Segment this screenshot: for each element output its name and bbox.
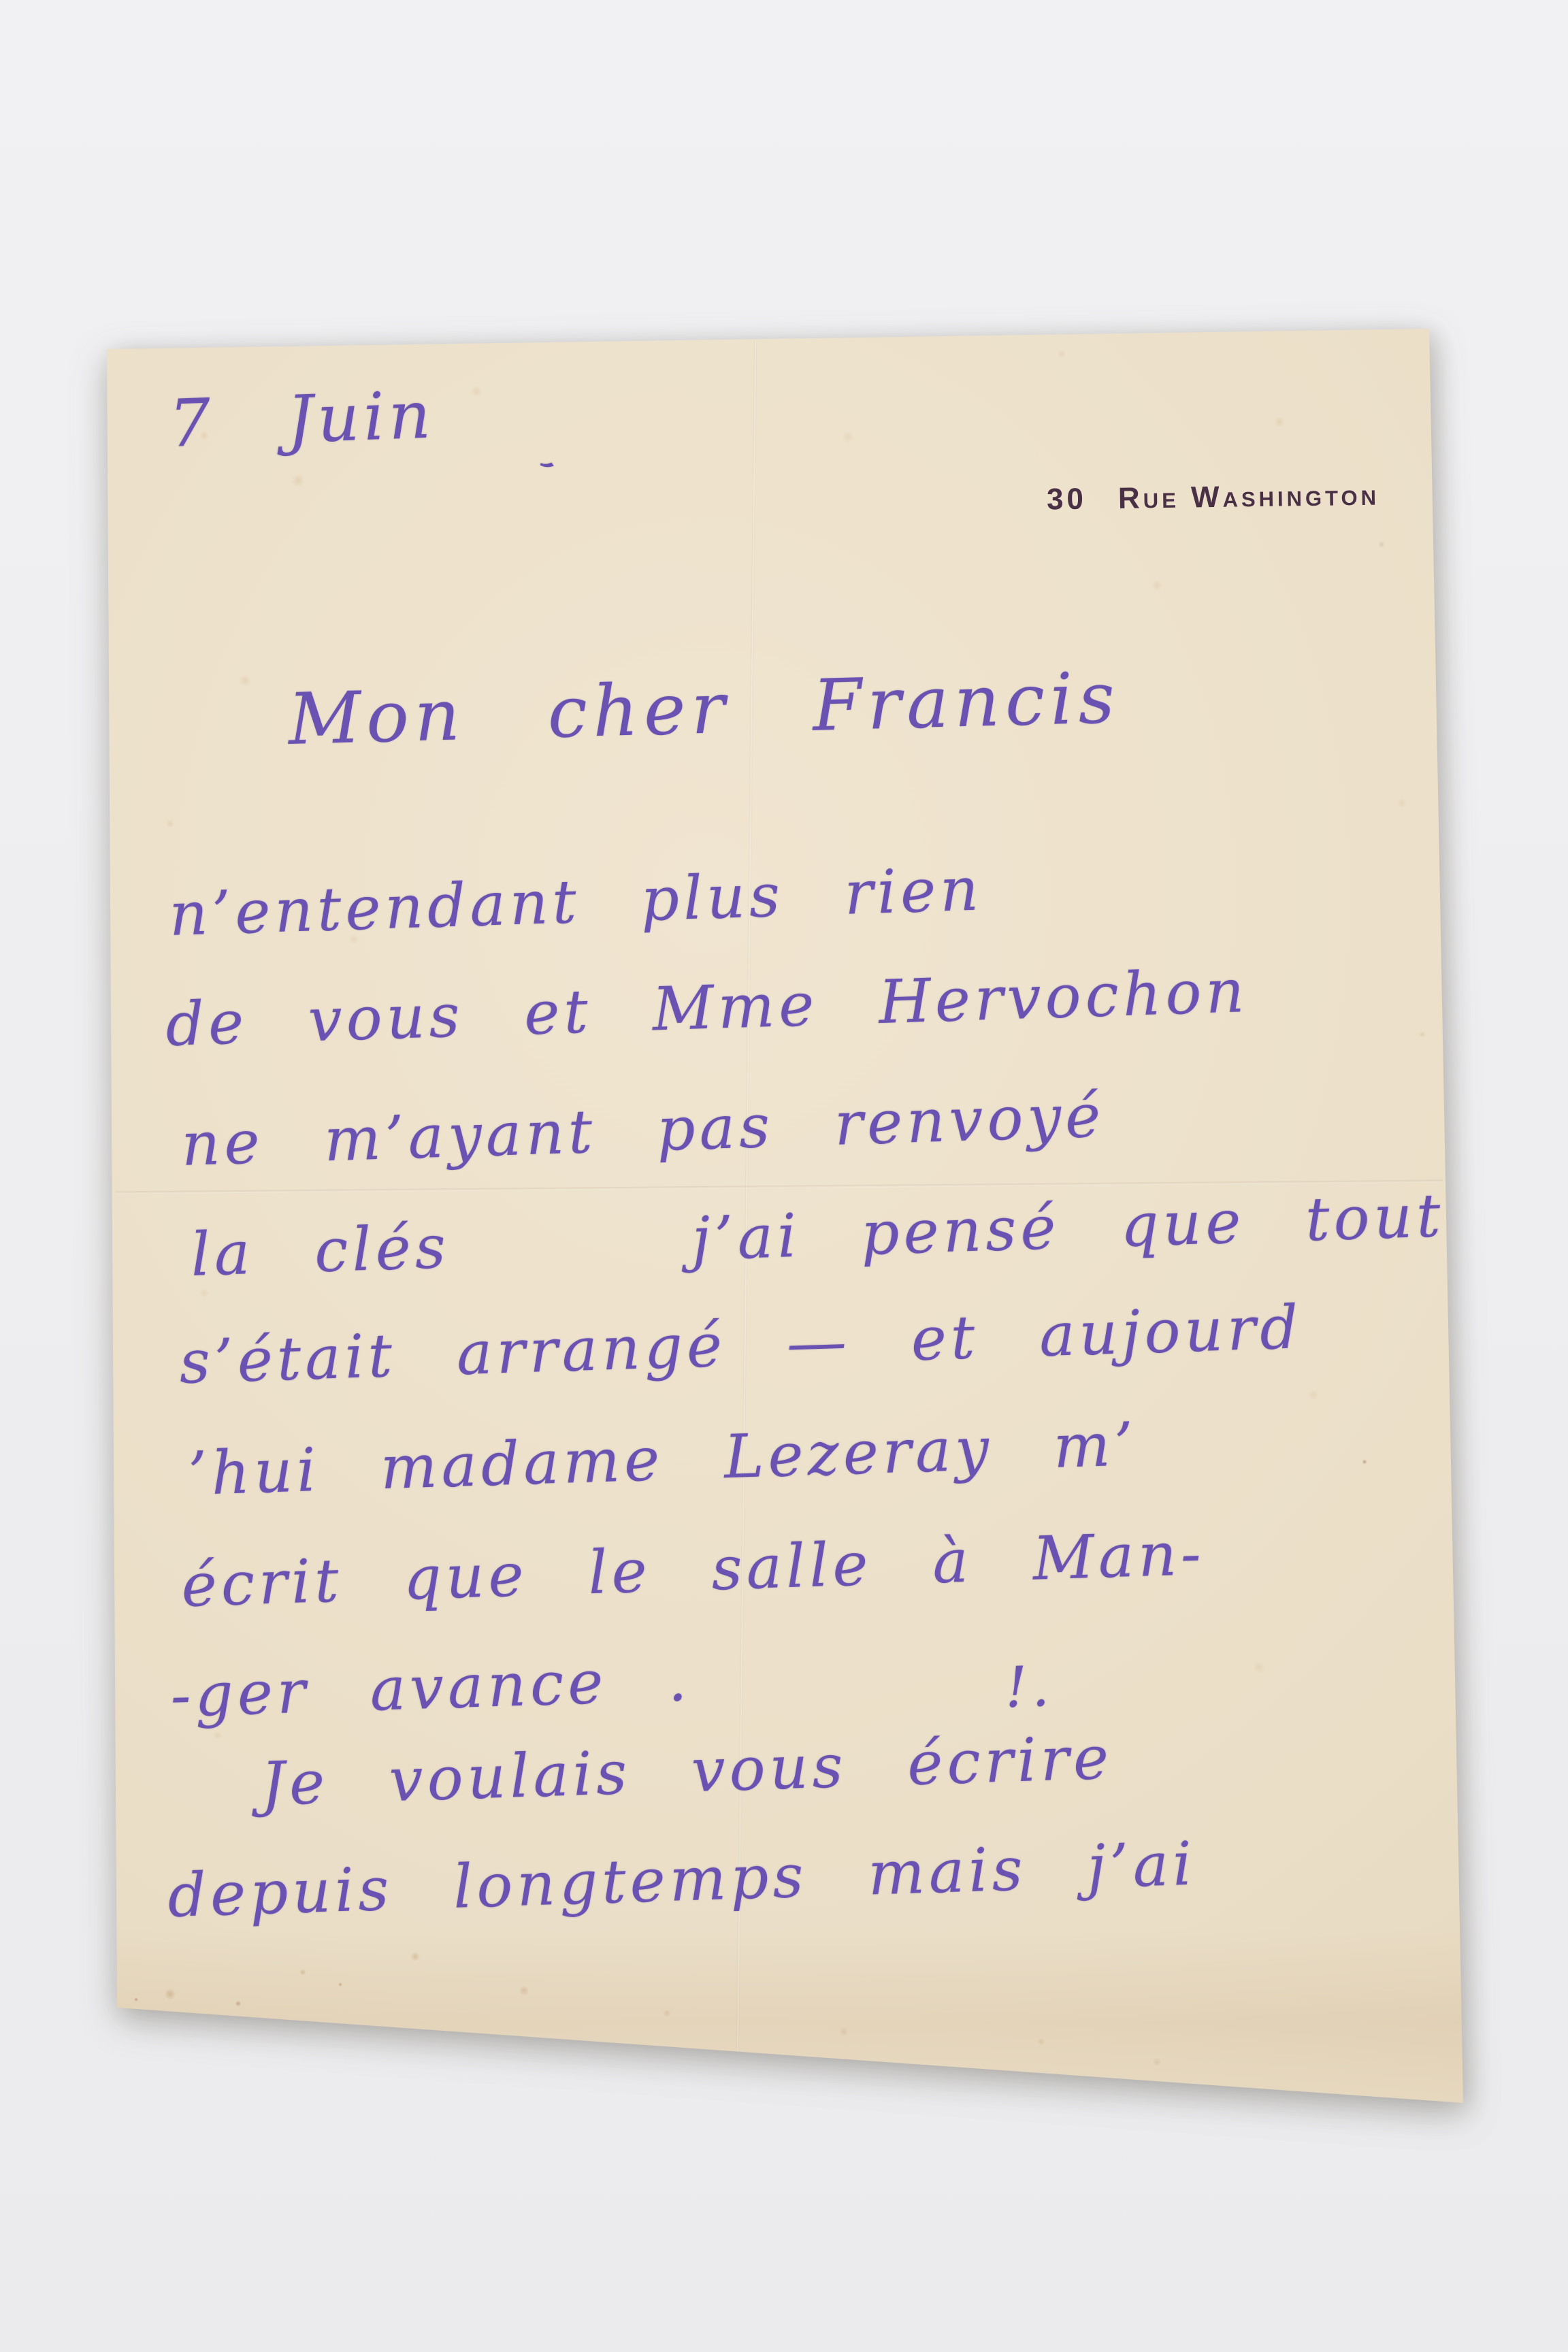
date-mark: , xyxy=(538,439,584,478)
handwritten-line: la clés j’ai pensé que tout xyxy=(190,1186,1445,1285)
handwritten-line: Je voulais vous écrire xyxy=(260,1728,1113,1814)
salutation: Mon cher Francis xyxy=(287,662,1121,755)
letterhead: 30 Rue Washington xyxy=(1047,478,1380,517)
date-line: 7 Juin xyxy=(168,382,436,457)
paper-sheet: 30 Rue Washington 7 Juin , Mon cher Fran… xyxy=(0,0,1568,2352)
handwritten-line: écrit que le salle à Man- xyxy=(180,1524,1206,1616)
handwritten-line: n’entendant plus rien xyxy=(168,859,983,945)
handwritten-line: ’hui madame Lezeray m’ xyxy=(187,1414,1138,1504)
handwritten-line: ne m’ayant pas renvoyé xyxy=(180,1085,1105,1175)
handwritten-line: depuis longtemps mais j’ai xyxy=(167,1834,1196,1926)
letter-photo: 30 Rue Washington 7 Juin , Mon cher Fran… xyxy=(0,0,1568,2352)
handwritten-line: de vous et Mme Hervochon xyxy=(165,961,1249,1055)
stray-mark: !. xyxy=(1004,1659,1054,1716)
handwritten-line: s’était arrangé — et aujourd xyxy=(178,1297,1303,1392)
letterhead-street: Rue Washington xyxy=(1118,478,1380,516)
handwritten-line: -ger avance . xyxy=(169,1650,691,1726)
letter-paper: 30 Rue Washington 7 Juin , Mon cher Fran… xyxy=(0,0,1568,2352)
letterhead-number: 30 xyxy=(1047,483,1088,517)
